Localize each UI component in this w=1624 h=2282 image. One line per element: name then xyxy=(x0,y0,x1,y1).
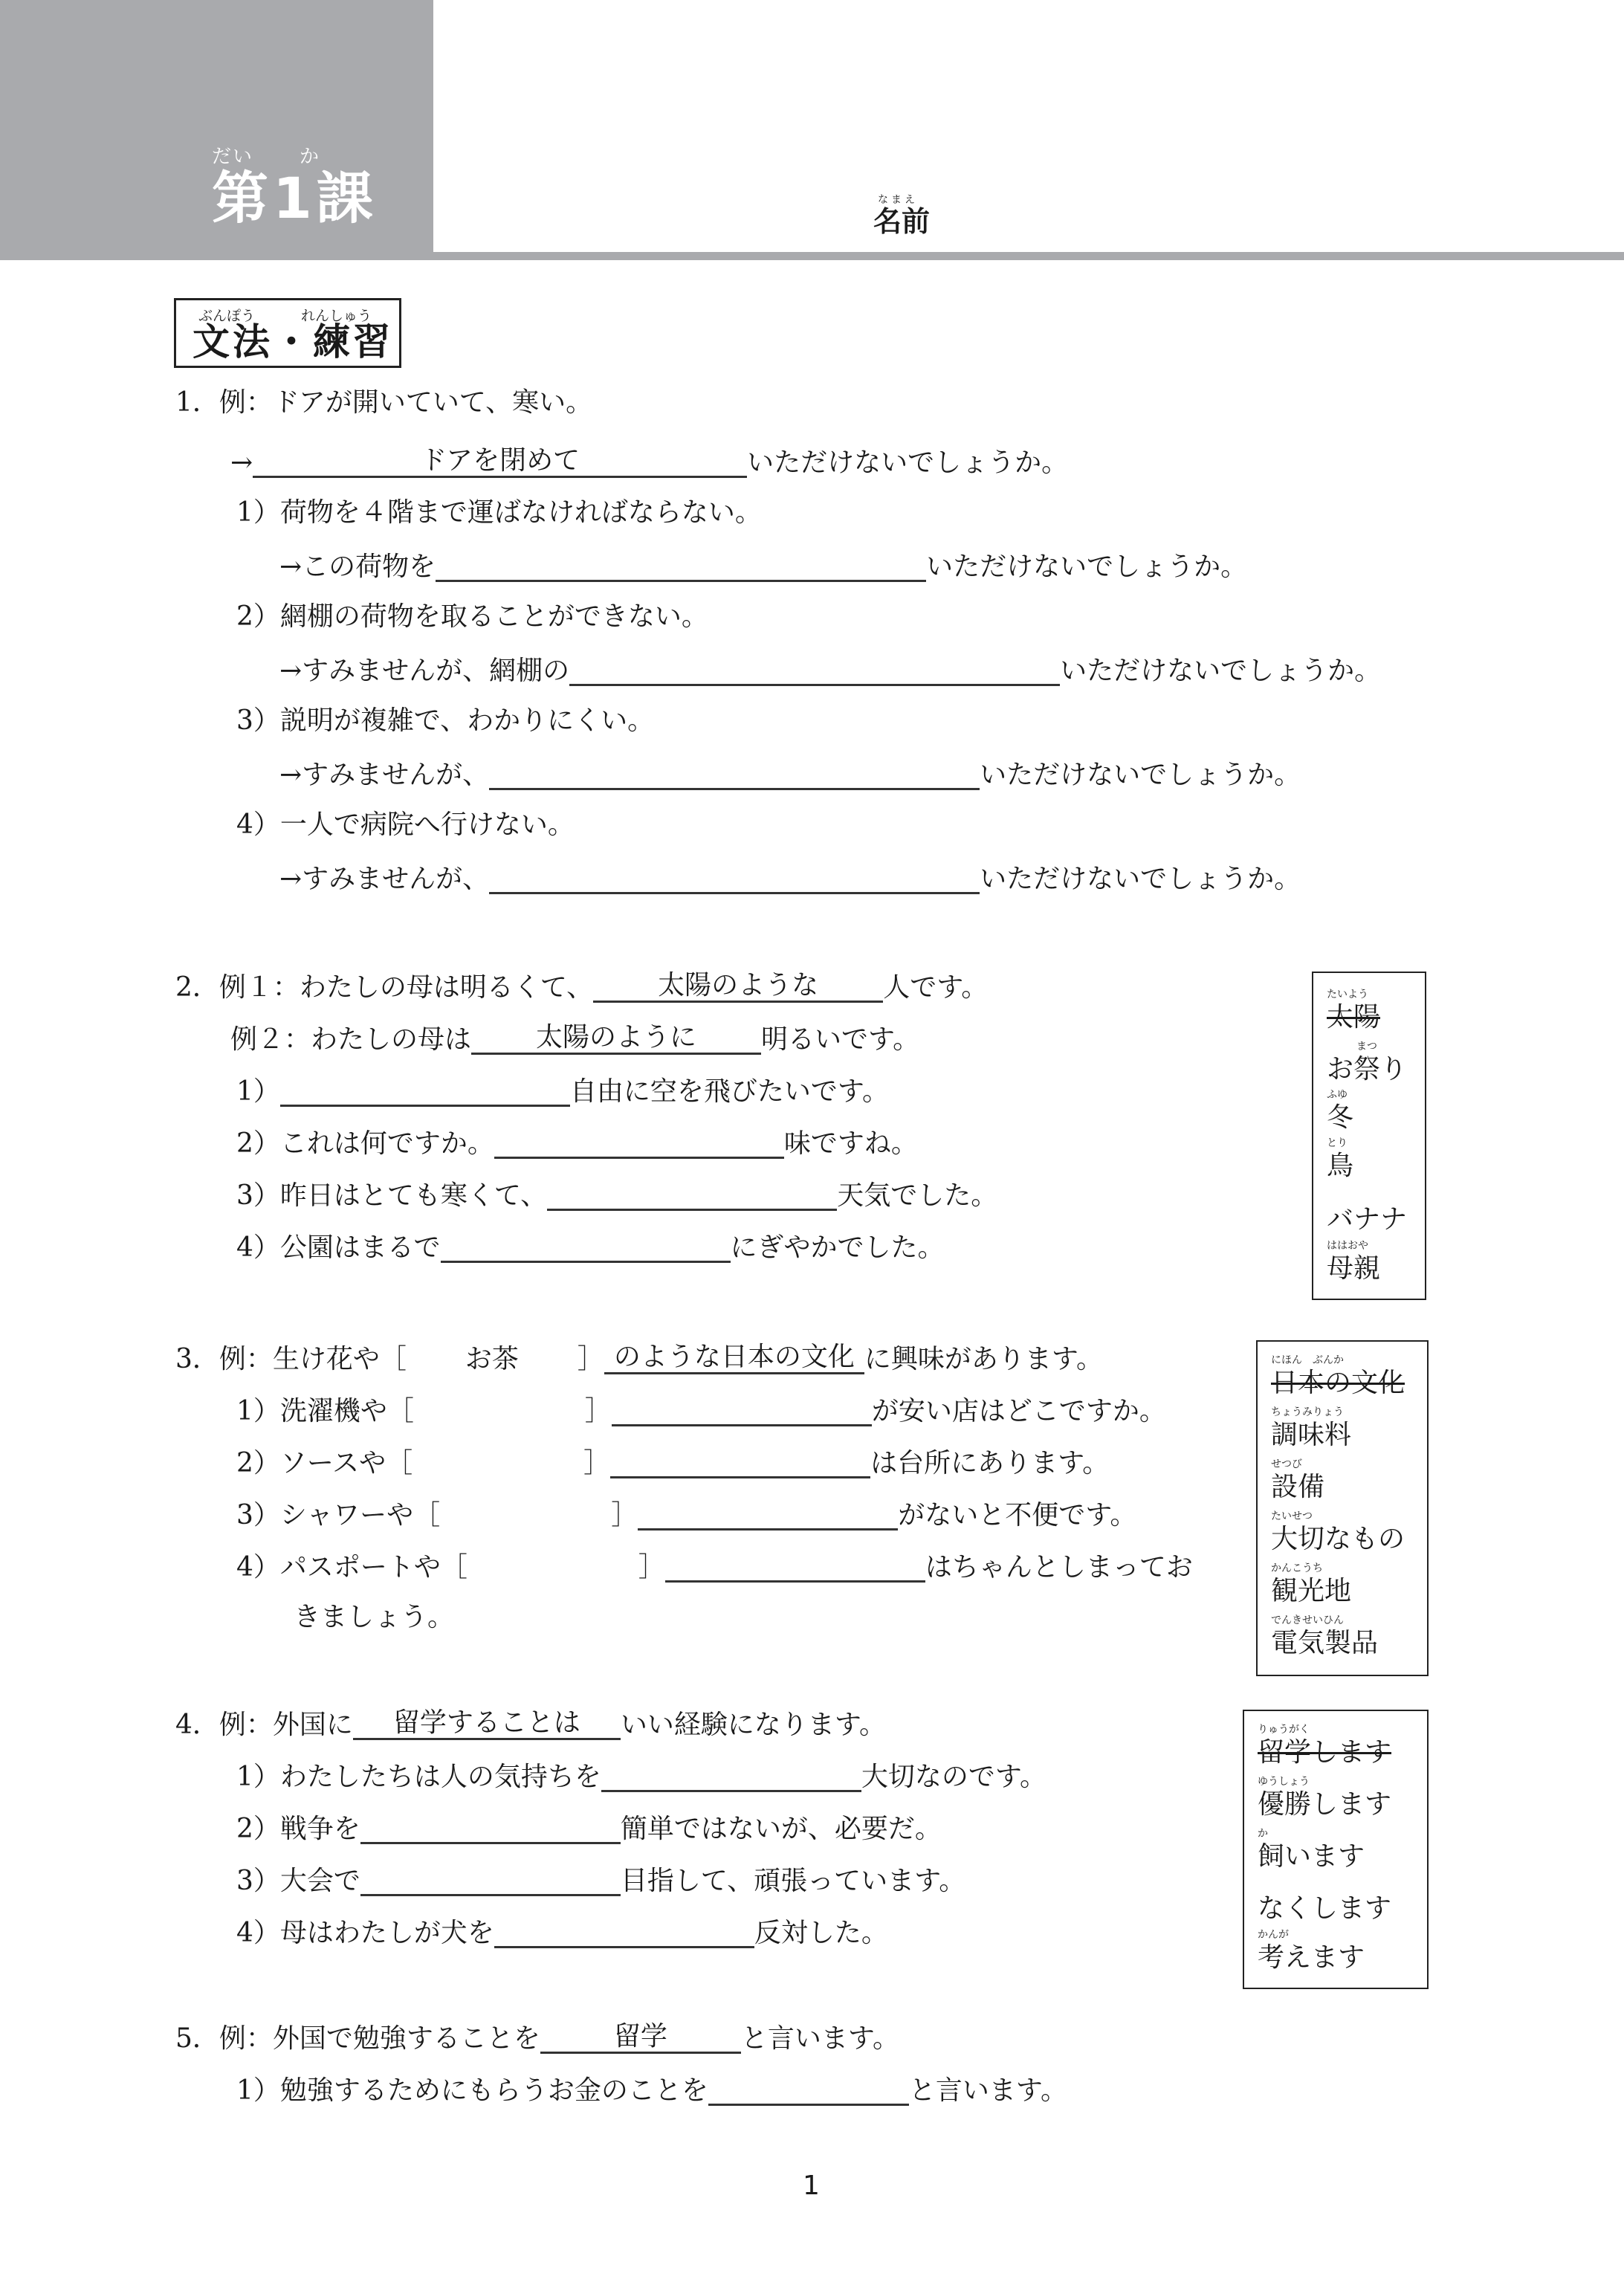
q2-example-1: 2．例１：わたしの母は明るくて、太陽のような人です。 xyxy=(175,971,988,1003)
q4-item-4: 4）母はわたしが犬を反対した。 xyxy=(236,1916,888,1948)
q2-item-3-lead: 3）昨日はとても寒くて、 xyxy=(236,1180,547,1211)
word-bank-item: にほん ぶんか日本の文化 xyxy=(1271,1368,1405,1398)
word-ruby: とり xyxy=(1327,1138,1348,1148)
word-text: 電気製品 xyxy=(1271,1628,1378,1658)
name-ruby: なまえ xyxy=(873,192,930,207)
q3-item-2-close: ］ xyxy=(583,1448,610,1478)
q5-item-1-lead: 1）勉強するためにもらうお金のことを xyxy=(236,2075,708,2106)
word-bank-item: せつび設備 xyxy=(1271,1473,1324,1502)
q1-item-3-answer-line: →すみませんが、いただけないでしょうか。 xyxy=(279,758,1301,790)
word-text: 大切なもの xyxy=(1271,1524,1405,1554)
q4-item-4-tail: 反対した。 xyxy=(754,1918,888,1948)
q5-ex-tail: と言います。 xyxy=(741,2023,899,2054)
q2-item-1-tail: 自由に空を飛びたいです。 xyxy=(570,1076,889,1107)
q4-item-1-tail: 大切なのです。 xyxy=(861,1762,1046,1792)
word-ruby: ゆうしょう xyxy=(1258,1777,1310,1787)
q3-item-3-blank[interactable] xyxy=(638,1499,898,1531)
q3-item-4-blank[interactable] xyxy=(665,1551,925,1583)
q4-ex-answer: 留学することは xyxy=(353,1708,621,1740)
q2-item-1: 1）自由に空を飛びたいです。 xyxy=(236,1075,889,1107)
word-bank-item: たいよう太陽 xyxy=(1327,1003,1380,1032)
q4-item-4-lead: 4）母はわたしが犬を xyxy=(236,1918,494,1948)
q3-ex-close: ］ xyxy=(578,1344,604,1374)
q4-item-1-lead: 1）わたしたちは人の気持ちを xyxy=(236,1762,601,1792)
q4-item-3-lead: 3）大会で xyxy=(236,1866,360,1896)
word-bank-item: りゅうがく留学します xyxy=(1258,1738,1391,1768)
q2-item-4-lead: 4）公園はまるで xyxy=(236,1232,441,1263)
word-text: 日本の文化 xyxy=(1271,1368,1405,1398)
q5-item-1: 1）勉強するためにもらうお金のことをと言います。 xyxy=(236,2074,1067,2106)
q2-item-3: 3）昨日はとても寒くて、天気でした。 xyxy=(236,1179,997,1211)
q3-item-3-tail: がないと不便です。 xyxy=(898,1500,1136,1531)
word-ruby: かんが xyxy=(1258,1930,1289,1940)
header-divider-bar xyxy=(433,252,1624,260)
q4-item-1: 1）わたしたちは人の気持ちを大切なのです。 xyxy=(236,1760,1046,1792)
q4-item-2-blank[interactable] xyxy=(360,1812,621,1844)
name-label: 名前 xyxy=(873,205,930,238)
q3-ex-bracket-answer: お茶 xyxy=(407,1345,578,1374)
q4-item-2-lead: 2）戦争を xyxy=(236,1814,360,1844)
q3-item-3-lead: 3）シャワーや［ xyxy=(236,1500,440,1531)
q1-item-1-answer-line: →この荷物をいただけないでしょうか。 xyxy=(279,550,1247,582)
q2-item-4: 4）公園はまるでにぎやかでした。 xyxy=(236,1231,945,1263)
q2-ex2-lead: 例２：わたしの母は xyxy=(230,1024,471,1055)
q3-item-1-blank[interactable] xyxy=(612,1394,872,1426)
q4-item-2-tail: 簡単ではないが、必要だ。 xyxy=(621,1814,942,1844)
q3-item-4-lead: 4）パスポートや［ xyxy=(236,1552,468,1583)
word-bank-item: ははおや母親 xyxy=(1327,1254,1380,1284)
q4-item-4-blank[interactable] xyxy=(494,1916,754,1948)
q1-item-1-prompt: 1）荷物を４階まで運ばなければならない。 xyxy=(236,498,762,528)
section-title-box: ぶんぽう れんしゅう 文法・練習 xyxy=(174,298,401,368)
q2-ex1-tail: 人です。 xyxy=(883,972,988,1003)
q3-ex-tail: に興味があります。 xyxy=(864,1344,1103,1374)
word-bank-item: でんきせいひん電気製品 xyxy=(1271,1629,1378,1658)
name-field[interactable]: なまえ 名前 xyxy=(873,192,930,236)
word-text: バナナ xyxy=(1327,1204,1407,1235)
word-bank-item: かんこうち観光地 xyxy=(1271,1577,1351,1606)
q1-item-1-lead: →この荷物を xyxy=(279,552,436,582)
word-text: 留学します xyxy=(1258,1737,1391,1768)
q1-item-2-prompt: 2）網棚の荷物を取ることができない。 xyxy=(236,602,708,632)
q1-item-3-blank[interactable] xyxy=(489,758,980,790)
q3-item-2: 2）ソースや［］は台所にあります。 xyxy=(236,1447,1109,1478)
q4-item-3: 3）大会で目指して、頑張っています。 xyxy=(236,1864,965,1896)
q4-example: 4．例：外国に留学することはいい経験になります。 xyxy=(175,1708,886,1740)
word-bank-item: たいせつ大切なもの xyxy=(1271,1525,1405,1554)
q1-example: 1．例：ドアが開いていて、寒い。 xyxy=(175,388,592,418)
word-text: 調味料 xyxy=(1271,1420,1351,1450)
word-ruby: ちょうみりょう xyxy=(1271,1407,1344,1418)
q1-item-1-blank[interactable] xyxy=(436,550,926,582)
word-ruby: ふゆ xyxy=(1327,1090,1348,1100)
q4-ex-tail: いい経験になります。 xyxy=(621,1710,886,1740)
q4-word-bank: りゅうがく留学します ゆうしょう優勝します か飼います なくします かんが考えま… xyxy=(1243,1710,1429,1989)
q2-item-2-lead: 2）これは何ですか。 xyxy=(236,1128,494,1159)
word-ruby: でんきせいひん xyxy=(1271,1615,1344,1626)
lesson-title-text: 第1課 xyxy=(212,169,378,228)
lesson-title: だいか 第1課 xyxy=(212,141,378,228)
word-text: 鳥 xyxy=(1327,1151,1353,1181)
word-bank-item: まつお祭り xyxy=(1327,1055,1407,1085)
q1-item-3-suffix: いただけないでしょうか。 xyxy=(980,760,1301,790)
word-ruby: りゅうがく xyxy=(1258,1725,1310,1735)
q1-item-1-suffix: いただけないでしょうか。 xyxy=(926,552,1247,582)
word-text: 母親 xyxy=(1327,1253,1380,1284)
word-bank-item: ちょうみりょう調味料 xyxy=(1271,1420,1351,1450)
q5-item-1-tail: と言います。 xyxy=(909,2075,1067,2106)
q2-item-1-blank[interactable] xyxy=(280,1075,570,1107)
q5-item-1-blank[interactable] xyxy=(708,2074,909,2106)
word-bank-item: かんが考えます xyxy=(1258,1943,1365,1973)
q4-item-3-tail: 目指して、頑張っています。 xyxy=(621,1866,965,1896)
q2-ex2-tail: 明るいです。 xyxy=(761,1024,919,1055)
word-ruby: ははおや xyxy=(1327,1241,1368,1251)
q3-item-1-lead: 1）洗濯機や［ xyxy=(236,1396,414,1426)
q3-item-4-tail: はちゃんとしまってお xyxy=(925,1552,1193,1583)
word-text: お祭り xyxy=(1327,1054,1407,1085)
q3-word-bank: にほん ぶんか日本の文化 ちょうみりょう調味料 せつび設備 たいせつ大切なもの … xyxy=(1256,1340,1429,1676)
q1-example-answer-line: →ドアを閉めていただけないでしょうか。 xyxy=(230,446,1068,478)
word-ruby: たいよう xyxy=(1327,989,1368,1000)
q2-item-3-blank[interactable] xyxy=(547,1179,837,1211)
q5-ex-answer: 留学 xyxy=(540,2022,741,2054)
word-text: 冬 xyxy=(1327,1102,1353,1133)
word-bank-item: ゆうしょう優勝します xyxy=(1258,1790,1391,1820)
page-number: 1 xyxy=(803,2171,820,2201)
q1-example-answer: ドアを閉めて xyxy=(253,446,747,478)
word-ruby: まつ xyxy=(1356,1041,1377,1052)
word-text: 太陽 xyxy=(1327,1002,1380,1032)
q2-item-2-blank[interactable] xyxy=(494,1127,784,1159)
arrow-icon: → xyxy=(230,447,253,478)
word-text: 観光地 xyxy=(1271,1576,1351,1606)
q3-item-1-tail: が安い店はどこですか。 xyxy=(872,1396,1166,1426)
q2-item-1-lead: 1） xyxy=(236,1076,280,1107)
q1-item-4-lead: →すみませんが、 xyxy=(279,864,489,894)
q3-item-3: 3）シャワーや［］がないと不便です。 xyxy=(236,1499,1136,1531)
q3-item-2-lead: 2）ソースや［ xyxy=(236,1448,413,1478)
q3-ex-answer: のような日本の文化 xyxy=(604,1342,864,1374)
q1-item-4-prompt: 4）一人で病院へ行けない。 xyxy=(236,810,575,840)
q2-ex1-answer: 太陽のような xyxy=(593,971,883,1003)
q3-item-1: 1）洗濯機や［］が安い店はどこですか。 xyxy=(236,1394,1166,1426)
q4-item-1-blank[interactable] xyxy=(601,1760,861,1792)
word-text: 設備 xyxy=(1271,1472,1324,1502)
word-ruby: かんこうち xyxy=(1271,1563,1323,1574)
q2-item-2: 2）これは何ですか。味ですね。 xyxy=(236,1127,918,1159)
q3-item-2-blank[interactable] xyxy=(610,1447,870,1478)
q2-example-2: 例２：わたしの母は太陽のように明るいです。 xyxy=(230,1023,919,1055)
q3-item-2-tail: は台所にあります。 xyxy=(870,1448,1109,1478)
section-title: 文法・練習 xyxy=(193,321,393,363)
q1-item-2-answer-line: →すみませんが、網棚のいただけないでしょうか。 xyxy=(279,654,1381,686)
q2-item-2-tail: 味ですね。 xyxy=(784,1128,918,1159)
q1-item-4-blank[interactable] xyxy=(489,862,980,894)
q4-ex-lead: 4．例：外国に xyxy=(175,1710,353,1740)
q2-item-4-tail: にぎやかでした。 xyxy=(731,1232,945,1263)
q1-item-3-lead: →すみませんが、 xyxy=(279,760,489,790)
q2-item-3-tail: 天気でした。 xyxy=(837,1180,997,1211)
q5-ex-lead: 5．例：外国で勉強することを xyxy=(175,2023,540,2054)
q3-item-4-continuation: きましょう。 xyxy=(294,1603,454,1632)
q4-item-3-blank[interactable] xyxy=(360,1864,621,1896)
q3-item-4: 4）パスポートや［］はちゃんとしまってお xyxy=(236,1551,1193,1583)
q2-item-4-blank[interactable] xyxy=(441,1231,731,1263)
q1-item-2-lead: →すみませんが、網棚の xyxy=(279,656,569,686)
word-bank-item: なくします xyxy=(1258,1894,1391,1924)
q3-item-3-close: ］ xyxy=(611,1500,638,1531)
word-bank-item: とり鳥 xyxy=(1327,1151,1353,1181)
q3-item-1-close: ］ xyxy=(585,1396,612,1426)
word-ruby: にほん ぶんか xyxy=(1271,1355,1344,1365)
word-text: 飼います xyxy=(1258,1841,1365,1872)
word-text: 考えます xyxy=(1258,1942,1365,1973)
word-bank-item: バナナ xyxy=(1327,1205,1407,1235)
q5-example: 5．例：外国で勉強することを留学と言います。 xyxy=(175,2022,899,2054)
q1-suffix: いただけないでしょうか。 xyxy=(747,447,1068,478)
q1-item-2-suffix: いただけないでしょうか。 xyxy=(1060,656,1381,686)
q3-example: 3．例：生け花や［お茶］のような日本の文化に興味があります。 xyxy=(175,1342,1103,1374)
q3-item-4-close: ］ xyxy=(638,1552,665,1583)
q4-item-2: 2）戦争を簡単ではないが、必要だ。 xyxy=(236,1812,942,1844)
word-bank-item: か飼います xyxy=(1258,1842,1365,1872)
q1-item-4-answer-line: →すみませんが、いただけないでしょうか。 xyxy=(279,862,1301,894)
word-ruby: たいせつ xyxy=(1271,1511,1313,1522)
q2-word-bank: たいよう太陽 まつお祭り ふゆ冬 とり鳥 バナナ ははおや母親 xyxy=(1312,972,1426,1300)
q1-item-4-suffix: いただけないでしょうか。 xyxy=(980,864,1301,894)
word-ruby: せつび xyxy=(1271,1459,1302,1470)
word-ruby: か xyxy=(1258,1829,1268,1839)
word-bank-item: ふゆ冬 xyxy=(1327,1103,1353,1133)
word-text: なくします xyxy=(1258,1893,1391,1924)
word-text: 優勝します xyxy=(1258,1789,1391,1820)
q1-item-3-prompt: 3）説明が複雑で、わかりにくい。 xyxy=(236,706,654,736)
q3-ex-lead: 3．例：生け花や［ xyxy=(175,1344,407,1374)
q2-ex2-answer: 太陽のように xyxy=(471,1023,761,1055)
q2-ex1-lead: 2．例１：わたしの母は明るくて、 xyxy=(175,972,593,1003)
q1-item-2-blank[interactable] xyxy=(569,654,1060,686)
